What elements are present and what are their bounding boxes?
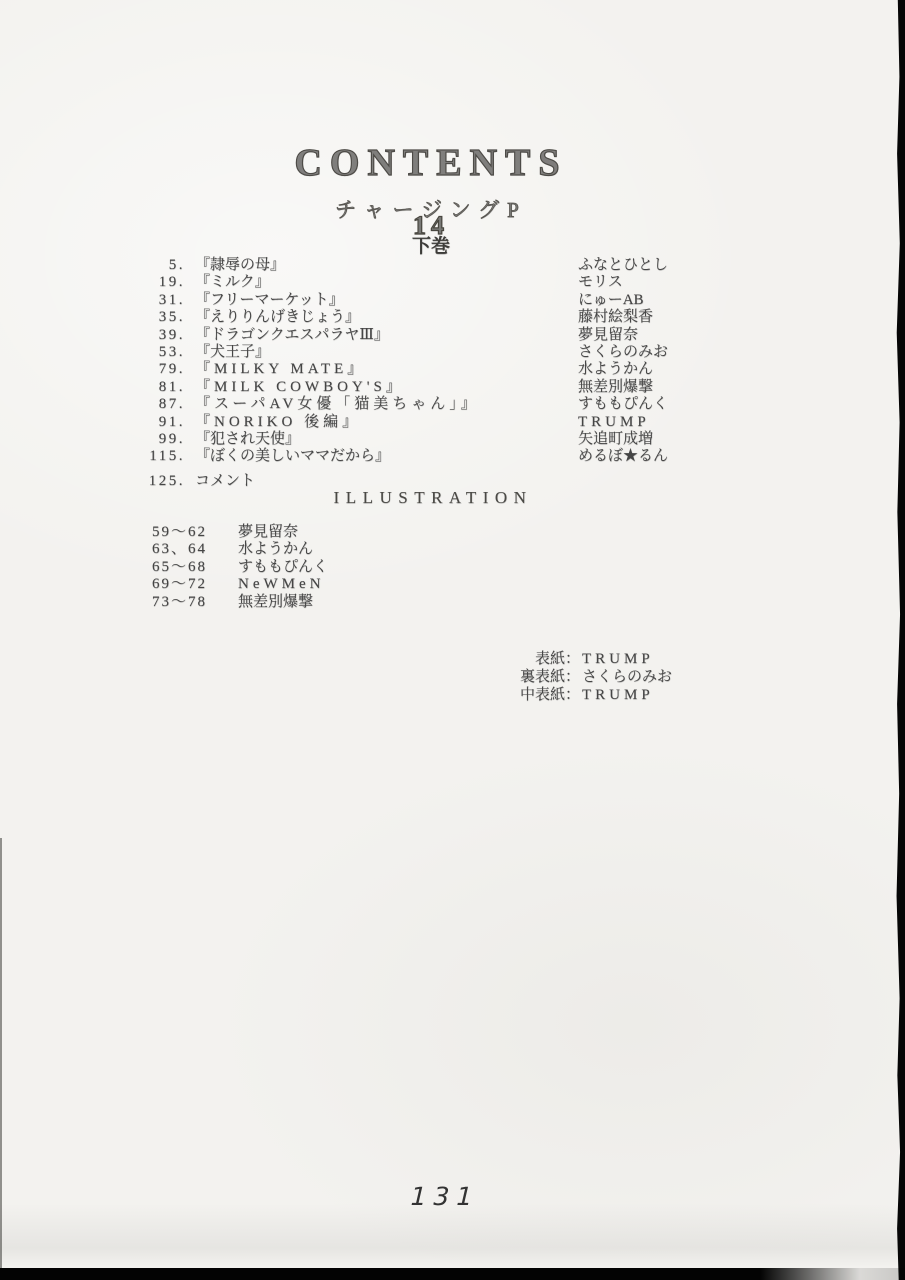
contents-title: 『MILK COWBOY'S』 xyxy=(195,379,578,396)
credit-value: さくらのみお xyxy=(582,669,672,687)
volume-number: 14 xyxy=(131,214,731,238)
scan-edge-left xyxy=(0,838,2,1268)
contents-row: 99.『犯され天使』矢追町成増 xyxy=(133,431,708,448)
page-title: CONTENTS xyxy=(131,141,731,185)
contents-author: にゅーAB xyxy=(578,292,708,309)
illustration-row: 69〜72NeWMeN xyxy=(152,576,328,593)
contents-title: 『ミルク』 xyxy=(195,274,578,291)
contents-title: 『えりりんげきじょう』 xyxy=(195,309,578,326)
contents-title: 『隷辱の母』 xyxy=(195,257,578,274)
contents-row: 35.『えりりんげきじょう』藤村絵梨香 xyxy=(133,309,708,326)
contents-page-number: 91. xyxy=(133,414,185,431)
contents-title: 『スーパAV女優「猫美ちゃん」』 xyxy=(195,396,578,413)
illustration-row: 65〜68すももぴんく xyxy=(152,559,328,576)
contents-title: 『フリーマーケット』 xyxy=(195,292,578,309)
scanned-page: CONTENTS チャージングP 14 下巻 5.『隷辱の母』ふなとひとし19.… xyxy=(0,0,905,1280)
contents-row: 79.『MILKY MATE』水ようかん xyxy=(133,361,708,378)
contents-author: さくらのみお xyxy=(578,344,708,361)
illustration-pages: 65〜68 xyxy=(152,559,238,576)
contents-row: 81.『MILK COWBOY'S』無差別爆撃 xyxy=(133,379,708,396)
contents-title: 『ドラゴンクエスパラヤⅢ』 xyxy=(195,327,578,344)
contents-page-number: 99. xyxy=(133,431,185,448)
contents-author: 水ようかん xyxy=(578,361,708,378)
scan-edge-right xyxy=(896,0,905,1280)
contents-page-number: 39. xyxy=(133,327,185,344)
contents-page-number: 5. xyxy=(133,257,185,274)
page-header: CONTENTS チャージングP 14 下巻 xyxy=(131,0,731,270)
illustration-pages: 73〜78 xyxy=(152,594,238,611)
illustration-row: 73〜78無差別爆撃 xyxy=(152,594,328,611)
scan-edge-bottom xyxy=(0,1268,905,1280)
contents-author: すももぴんく xyxy=(578,396,708,413)
contents-page-number: 115. xyxy=(133,448,185,465)
contents-title: 『ぼくの美しいママだから』 xyxy=(195,448,578,465)
credit-label: 裏表紙： xyxy=(510,669,580,687)
contents-page-number: 79. xyxy=(133,361,185,378)
contents-author: 夢見留奈 xyxy=(578,327,708,344)
contents-page-number: 35. xyxy=(133,309,185,326)
contents-row: 31.『フリーマーケット』にゅーAB xyxy=(133,292,708,309)
illustration-list: 59〜62夢見留奈63、64水ようかん65〜68すももぴんく69〜72NeWMe… xyxy=(152,524,328,611)
contents-row: 39.『ドラゴンクエスパラヤⅢ』夢見留奈 xyxy=(133,327,708,344)
illustration-artist: 夢見留奈 xyxy=(238,524,298,541)
page-number: 131 xyxy=(0,1182,891,1211)
contents-title: 『NORIKO 後編』 xyxy=(195,414,578,431)
contents-author: TRUMP xyxy=(578,414,708,431)
credit-label: 中表紙： xyxy=(510,687,580,705)
contents-row: 5.『隷辱の母』ふなとひとし xyxy=(133,257,708,274)
credit-row: 表紙：TRUMP xyxy=(510,651,672,669)
contents-list: 5.『隷辱の母』ふなとひとし19.『ミルク』モリス31.『フリーマーケット』にゅ… xyxy=(133,257,708,466)
contents-author: ふなとひとし xyxy=(578,257,708,274)
illustration-artist: 水ようかん xyxy=(238,541,313,558)
illustration-pages: 69〜72 xyxy=(152,576,238,593)
illustration-pages: 59〜62 xyxy=(152,524,238,541)
illustration-row: 59〜62夢見留奈 xyxy=(152,524,328,541)
contents-author: 無差別爆撃 xyxy=(578,379,708,396)
credit-row: 裏表紙：さくらのみお xyxy=(510,669,672,687)
contents-author: めるぼ★るん xyxy=(578,448,708,465)
contents-page-number: 19. xyxy=(133,274,185,291)
contents-row: 91.『NORIKO 後編』TRUMP xyxy=(133,414,708,431)
contents-row: 115.『ぼくの美しいママだから』めるぼ★るん xyxy=(133,448,708,465)
illustration-row: 63、64水ようかん xyxy=(152,541,328,558)
contents-row: 19.『ミルク』モリス xyxy=(133,274,708,291)
credit-value: TRUMP xyxy=(582,687,654,705)
volume-label: 下巻 xyxy=(131,237,731,257)
credit-row: 中表紙：TRUMP xyxy=(510,687,672,705)
credit-label: 表紙： xyxy=(510,651,580,669)
contents-title: 『犯され天使』 xyxy=(195,431,578,448)
illustration-heading: ILLUSTRATION xyxy=(133,488,733,508)
illustration-artist: 無差別爆撃 xyxy=(238,594,313,611)
illustration-artist: すももぴんく xyxy=(238,559,328,576)
credits-list: 表紙：TRUMP裏表紙：さくらのみお中表紙：TRUMP xyxy=(510,651,672,704)
contents-title: 『犬王子』 xyxy=(195,344,578,361)
illustration-pages: 63、64 xyxy=(152,541,238,558)
contents-row: 53.『犬王子』さくらのみお xyxy=(133,344,708,361)
contents-author: 矢追町成増 xyxy=(578,431,708,448)
contents-author: モリス xyxy=(578,274,708,291)
contents-page-number: 87. xyxy=(133,396,185,413)
credit-value: TRUMP xyxy=(582,651,654,669)
contents-page-number: 53. xyxy=(133,344,185,361)
contents-row: 87.『スーパAV女優「猫美ちゃん」』すももぴんく xyxy=(133,396,708,413)
contents-title: 『MILKY MATE』 xyxy=(195,361,578,378)
contents-page-number: 81. xyxy=(133,379,185,396)
illustration-artist: NeWMeN xyxy=(238,576,324,593)
contents-author: 藤村絵梨香 xyxy=(578,309,708,326)
contents-page-number: 31. xyxy=(133,292,185,309)
